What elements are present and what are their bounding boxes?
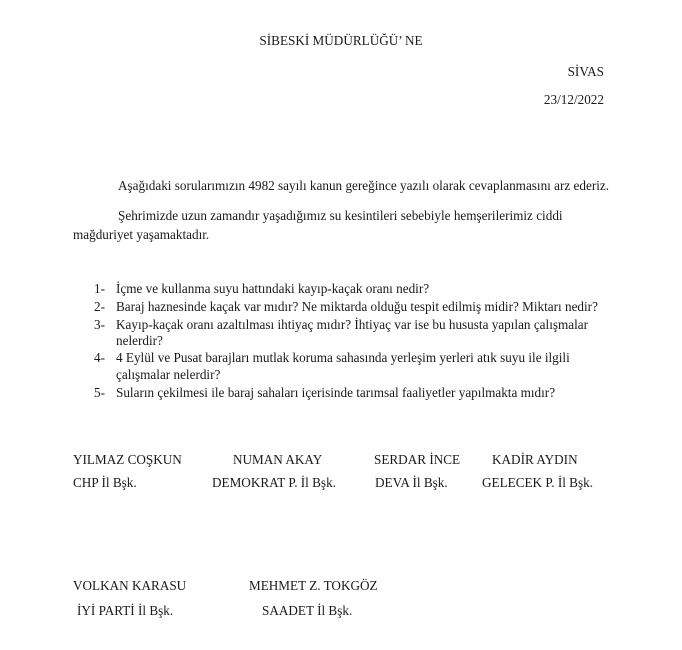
question-text: Baraj haznesinde kaçak var mıdır? Ne mik… — [116, 299, 598, 315]
body-paragraph-line-1: Şehrimizde uzun zamandır yaşadığımız su … — [118, 208, 563, 224]
signatory-title: DEMOKRAT P. İl Bşk. — [212, 475, 336, 491]
question-text: 4 Eylül ve Pusat barajları mutlak koruma… — [116, 350, 570, 366]
signatory-name: KADİR AYDIN — [492, 452, 578, 468]
question-text: Kayıp-kaçak oranı azaltılması ihtiyaç mı… — [116, 317, 588, 333]
question-number: 4- — [94, 350, 105, 366]
recipient-heading: SİBESKİ MÜDÜRLÜĞÜ’ NE — [0, 33, 682, 49]
signatory-title: İYİ PARTİ İl Bşk. — [77, 603, 173, 619]
question-number: 2- — [94, 299, 105, 315]
signatory-title: GELECEK P. İl Bşk. — [482, 475, 593, 491]
question-number: 5- — [94, 385, 105, 401]
intro-paragraph: Aşağıdaki sorularımızın 4982 sayılı kanu… — [118, 178, 609, 194]
question-text-continued: çalışmalar nelerdir? — [116, 367, 220, 383]
signatory-name: MEHMET Z. TOKGÖZ — [249, 578, 378, 594]
signatory-title: DEVA İl Bşk. — [375, 475, 448, 491]
signatory-name: SERDAR İNCE — [374, 452, 460, 468]
signatory-name: NUMAN AKAY — [233, 452, 322, 468]
date-label: 23/12/2022 — [544, 92, 604, 108]
question-number: 1- — [94, 281, 105, 297]
question-text-continued: nelerdir? — [116, 333, 163, 349]
signatory-title: CHP İl Bşk. — [73, 475, 137, 491]
question-number: 3- — [94, 317, 105, 333]
signatory-title: SAADET İl Bşk. — [262, 603, 352, 619]
city-label: SİVAS — [568, 64, 604, 80]
signatory-name: YILMAZ COŞKUN — [73, 452, 182, 468]
signatory-name: VOLKAN KARASU — [73, 578, 186, 594]
question-text: Suların çekilmesi ile baraj sahaları içe… — [116, 385, 555, 401]
question-text: İçme ve kullanma suyu hattındaki kayıp-k… — [116, 281, 429, 297]
body-paragraph-line-2: mağduriyet yaşamaktadır. — [73, 227, 209, 243]
